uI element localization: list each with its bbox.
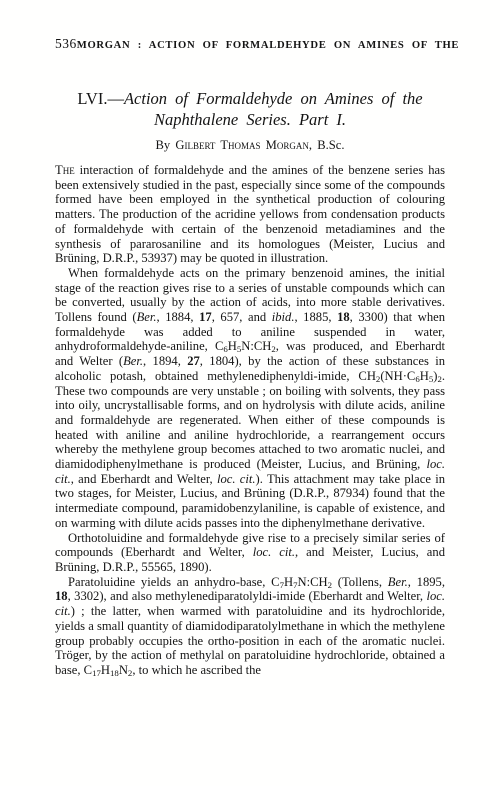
text-segment: (Tollens, [332, 575, 388, 589]
running-title: MORGAN : ACTION OF FORMALDEHYDE ON AMINE… [77, 40, 459, 51]
text-segment: 27 [187, 354, 200, 368]
text-segment: Ber. [137, 310, 157, 324]
article-title: LVI.—Action of Formaldehyde on Amines of… [55, 88, 445, 130]
text-segment: 17 [92, 668, 101, 678]
text-segment: N:CH [298, 575, 328, 589]
text-segment: , 1884, [157, 310, 200, 324]
text-segment: 18 [55, 589, 68, 603]
text-segment: , 1895, [408, 575, 445, 589]
paragraph-2: When formaldehyde acts on the primary be… [55, 266, 445, 531]
text-segment: interaction of formaldehyde and the amin… [55, 163, 445, 265]
text-segment: H [101, 663, 110, 677]
text-segment: 17 [199, 310, 212, 324]
text-segment: H [228, 339, 237, 353]
text-segment: . These two compounds are very unstable … [55, 369, 445, 471]
text-segment: The [55, 163, 75, 177]
text-segment: By [156, 138, 176, 152]
page-number: 536 [55, 36, 77, 52]
text-segment: , 657, and [212, 310, 272, 324]
paragraph-1: The interaction of formaldehyde and the … [55, 163, 445, 266]
byline: By Gilbert Thomas Morgan, B.Sc. [55, 138, 445, 153]
text-segment: , 3302), and also methylenediparatolyldi… [68, 589, 427, 603]
text-segment: , 1885, [294, 310, 337, 324]
text-segment: (NH·C [380, 369, 415, 383]
text-segment: , and Eberhardt and Welter, [71, 472, 217, 486]
text-segment: , B.Sc. [309, 138, 345, 152]
text-segment: Gilbert Thomas Morgan [175, 138, 309, 152]
text-segment: loc. cit. [217, 472, 256, 486]
running-header: 536 MORGAN : ACTION OF FORMALDEHYDE ON A… [55, 36, 445, 52]
text-segment: , 1894, [143, 354, 187, 368]
text-segment: 18 [110, 668, 119, 678]
paragraph-4: Paratoluidine yields an anhydro-base, C7… [55, 575, 445, 678]
text-segment: Ber. [388, 575, 408, 589]
text-segment: Paratoluidine yields an anhydro-base, C [68, 575, 280, 589]
text-segment: N [119, 663, 128, 677]
text-segment: ibid. [272, 310, 295, 324]
text-segment: 18 [337, 310, 350, 324]
text-segment: H [420, 369, 429, 383]
text-segment: loc. cit. [253, 545, 295, 559]
text-segment: N:CH [241, 339, 271, 353]
text-segment: LVI.— [77, 89, 124, 108]
text-segment: H [284, 575, 293, 589]
text-segment: , to which he ascribed the [132, 663, 261, 677]
article-body: The interaction of formaldehyde and the … [55, 163, 445, 678]
journal-page: 536 MORGAN : ACTION OF FORMALDEHYDE ON A… [0, 0, 500, 786]
text-segment: Action of Formaldehyde on Amines of the … [124, 89, 423, 129]
paragraph-3: Orthotoluidine and formaldehyde give ris… [55, 531, 445, 575]
text-segment: Ber. [123, 354, 143, 368]
